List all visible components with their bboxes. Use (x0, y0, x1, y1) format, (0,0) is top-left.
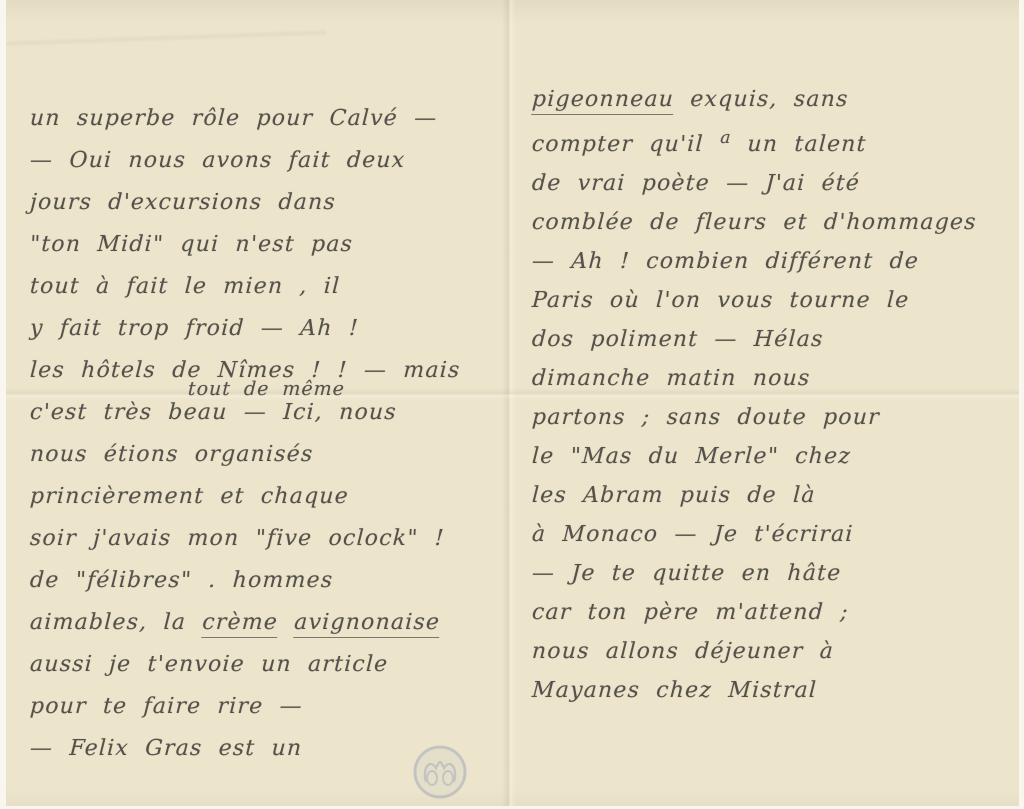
handwritten-segment: Mayanes chez Mistral (531, 678, 817, 703)
handwritten-segment: de vrai poète — J'ai été (531, 171, 860, 196)
handwritten-segment: comblée de fleurs et d'hommages (531, 210, 977, 235)
letter-page-right: pigeonneau exquis, sanscompter qu'il a u… (506, 0, 1019, 806)
handwritten-segment: avignonaise (293, 610, 440, 638)
handwritten-line: pigeonneau exquis, sans (531, 80, 1020, 119)
handwritten-line: — Je te quitte en hâte (531, 554, 1020, 593)
handwritten-segment: — Ah ! combien différent de (531, 249, 919, 274)
handwritten-line: le "Mas du Merle" chez (531, 437, 1020, 476)
handwritten-segment: tout à fait le mien , il (29, 274, 341, 299)
handwritten-segment: "ton Midi" qui n'est pas (29, 232, 353, 257)
handwritten-line: aussi je t'envoie un article (29, 644, 507, 686)
circular-monogram-stamp-icon (410, 742, 470, 802)
handwritten-segment: partons ; sans doute pour (531, 405, 880, 430)
handwritten-line: tout à fait le mien , il (29, 266, 507, 308)
handwritten-segment: nous étions organisés (29, 442, 314, 467)
handwritten-line: dos poliment — Hélas (531, 320, 1020, 359)
handwritten-segment: un superbe rôle pour Calvé — (29, 106, 438, 131)
handwritten-line: car ton père m'attend ; (531, 593, 1020, 632)
handwritten-segment: compter qu'il (531, 132, 720, 157)
handwritten-segment: aussi je t'envoie un article (29, 652, 389, 677)
handwritten-segment: princièrement et chaque (29, 484, 349, 509)
handwritten-line: soir j'avais mon "five oclock" ! (29, 518, 507, 560)
handwritten-text-block-left: un superbe rôle pour Calvé —— Oui nous a… (6, 98, 506, 770)
handwritten-line: comblée de fleurs et d'hommages (531, 203, 1020, 242)
handwritten-line: nous étions organisés (29, 434, 507, 476)
handwritten-line: nous allons déjeuner à (531, 632, 1020, 671)
handwritten-segment: Paris où l'on vous tourne le (531, 288, 910, 313)
handwritten-line: Mayanes chez Mistral (531, 671, 1020, 710)
handwritten-segment: soir j'avais mon "five oclock" ! (29, 526, 445, 551)
handwritten-line: Paris où l'on vous tourne le (531, 281, 1020, 320)
handwritten-line: les Abram puis de là (531, 476, 1020, 515)
interline-insertion: tout de même (187, 378, 345, 400)
handwritten-line: de vrai poète — J'ai été (531, 164, 1020, 203)
handwritten-segment (277, 610, 295, 635)
handwritten-text-block-right: pigeonneau exquis, sanscompter qu'il a u… (506, 80, 1019, 710)
handwritten-segment: pour te faire rire — (29, 694, 303, 719)
handwritten-segment: aimables, la (29, 610, 203, 635)
handwritten-segment: — Je te quitte en hâte (531, 561, 842, 586)
handwritten-line: aimables, la crème avignonaise (29, 602, 507, 644)
handwritten-line: y fait trop froid — Ah ! (29, 308, 507, 350)
handwritten-line: pour te faire rire — (29, 686, 507, 728)
handwritten-segment: exquis, sans (673, 87, 849, 112)
handwritten-segment: nous allons déjeuner à (531, 639, 834, 664)
handwritten-segment: de "félibres" . hommes (29, 568, 334, 593)
handwritten-segment: — Felix Gras est un (29, 736, 303, 761)
handwritten-line: princièrement et chaque (29, 476, 507, 518)
handwritten-line: à Monaco — Je t'écrirai (531, 515, 1020, 554)
handwritten-segment: — Oui nous avons fait deux (29, 148, 406, 173)
handwritten-line: partons ; sans doute pour (531, 398, 1020, 437)
handwritten-line: — Oui nous avons fait deux (29, 140, 507, 182)
handwritten-line: de "félibres" . hommes (29, 560, 507, 602)
letter-scan: un superbe rôle pour Calvé —— Oui nous a… (0, 0, 1024, 809)
handwritten-segment: dos poliment — Hélas (531, 327, 824, 352)
letter-paper: un superbe rôle pour Calvé —— Oui nous a… (6, 0, 1019, 806)
handwritten-line: jours d'excursions dans (29, 182, 507, 224)
handwritten-segment: un talent (731, 132, 868, 157)
handwritten-segment: jours d'excursions dans (29, 190, 336, 215)
handwritten-line: "ton Midi" qui n'est pas (29, 224, 507, 266)
handwritten-segment: dimanche matin nous (531, 366, 811, 391)
handwritten-line: un superbe rôle pour Calvé — (29, 98, 507, 140)
handwritten-segment: les Abram puis de là (531, 483, 816, 508)
handwritten-segment: crème (202, 610, 279, 638)
handwritten-line: compter qu'il a un talent (531, 119, 1020, 164)
handwritten-segment: c'est très beau — Ici, nous (29, 400, 397, 425)
handwritten-line: dimanche matin nous (531, 359, 1020, 398)
letter-page-left: un superbe rôle pour Calvé —— Oui nous a… (6, 0, 506, 806)
handwritten-segment: y fait trop froid — Ah ! (29, 316, 359, 341)
handwritten-line: — Ah ! combien différent de (531, 242, 1020, 281)
handwritten-segment: à Monaco — Je t'écrirai (531, 522, 854, 547)
handwritten-segment: le "Mas du Merle" chez (531, 444, 851, 469)
handwritten-segment: pigeonneau (531, 87, 675, 115)
handwritten-segment: car ton père m'attend ; (531, 600, 849, 625)
